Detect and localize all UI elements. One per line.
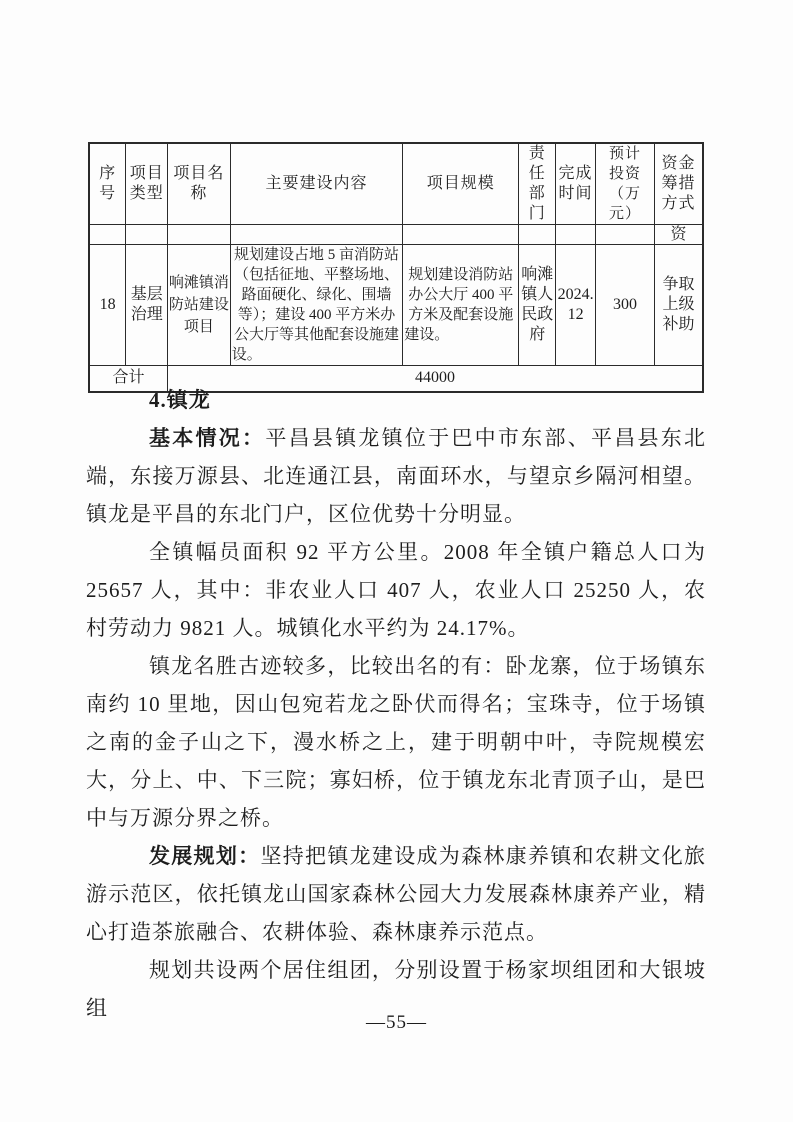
table-row: 18 基层 治理 响滩镇消 防站建设 项目 规划建设占地 5 亩消防站（包括征地…: [89, 245, 703, 366]
document-page: 序号 项目 类型 项目名称 主要建设内容 项目规模 责任 部门 完成 时间 预计…: [0, 0, 793, 1122]
empty-cell: [519, 225, 556, 245]
col-header-deadline: 完成 时间: [556, 143, 596, 225]
col-header-funding: 资金 筹措 方式: [654, 143, 703, 225]
carryover-row: 资: [89, 225, 703, 245]
empty-cell: [168, 225, 231, 245]
cell-seq: 18: [89, 245, 126, 366]
empty-cell: [126, 225, 168, 245]
body-text: 4.镇龙 基本情况：平昌县镇龙镇位于巴中市东部、平昌县东北端，东接万源县、北连通…: [86, 381, 706, 1027]
cell-project-type: 基层 治理: [126, 245, 168, 366]
col-header-seq: 序号: [89, 143, 126, 225]
col-header-project-name: 项目名称: [168, 143, 231, 225]
empty-cell: [596, 225, 655, 245]
paragraph-basic-info: 基本情况：平昌县镇龙镇位于巴中市东部、平昌县东北端，东接万源县、北连通江县，南面…: [86, 419, 706, 533]
paragraph-text: 全镇幅员面积 92 平方公里。2008 年全镇户籍总人口为 25657 人，其中…: [86, 540, 706, 640]
section-heading: 4.镇龙: [86, 381, 706, 419]
empty-cell: [403, 225, 519, 245]
cell-project-scale: 规划建设消防站办公大厅 400 平方米及配套设施建设。: [403, 245, 519, 366]
cell-investment: 300: [596, 245, 655, 366]
paragraph-label: 基本情况：: [149, 426, 265, 450]
col-header-project-scale: 项目规模: [403, 143, 519, 225]
paragraph-development-plan: 发展规划：坚持把镇龙建设成为森林康养镇和农耕文化旅游示范区，依托镇龙山国家森林公…: [86, 837, 706, 951]
table-header-row: 序号 项目 类型 项目名称 主要建设内容 项目规模 责任 部门 完成 时间 预计…: [89, 143, 703, 225]
col-header-department: 责任 部门: [519, 143, 556, 225]
empty-cell: [230, 225, 403, 245]
col-header-project-type: 项目 类型: [126, 143, 168, 225]
cell-project-name: 响滩镇消 防站建设 项目: [168, 245, 231, 366]
cell-main-content: 规划建设占地 5 亩消防站（包括征地、平整场地、路面硬化、绿化、围墙等）；建设 …: [230, 245, 403, 366]
col-header-investment: 预计 投资 （万元）: [596, 143, 655, 225]
cell-funding: 争取 上级 补助: [654, 245, 703, 366]
empty-cell: [89, 225, 126, 245]
paragraph-text: 规划共设两个居住组团，分别设置于杨家坝组团和大银坡组: [86, 958, 706, 1020]
page-number: —55—: [0, 1012, 793, 1034]
empty-cell: [556, 225, 596, 245]
project-table: 序号 项目 类型 项目名称 主要建设内容 项目规模 责任 部门 完成 时间 预计…: [88, 142, 704, 393]
col-header-main-content: 主要建设内容: [230, 143, 403, 225]
paragraph-historic-sites: 镇龙名胜古迹较多，比较出名的有：卧龙寨，位于场镇东南约 10 里地，因山包宛若龙…: [86, 647, 706, 837]
carryover-funding-cell: 资: [654, 225, 703, 245]
cell-deadline: 2024. 12: [556, 245, 596, 366]
cell-department: 响滩 镇人 民政 府: [519, 245, 556, 366]
paragraph-population: 全镇幅员面积 92 平方公里。2008 年全镇户籍总人口为 25657 人，其中…: [86, 533, 706, 647]
paragraph-label: 发展规划：: [149, 844, 260, 868]
paragraph-text: 镇龙名胜古迹较多，比较出名的有：卧龙寨，位于场镇东南约 10 里地，因山包宛若龙…: [86, 654, 706, 830]
